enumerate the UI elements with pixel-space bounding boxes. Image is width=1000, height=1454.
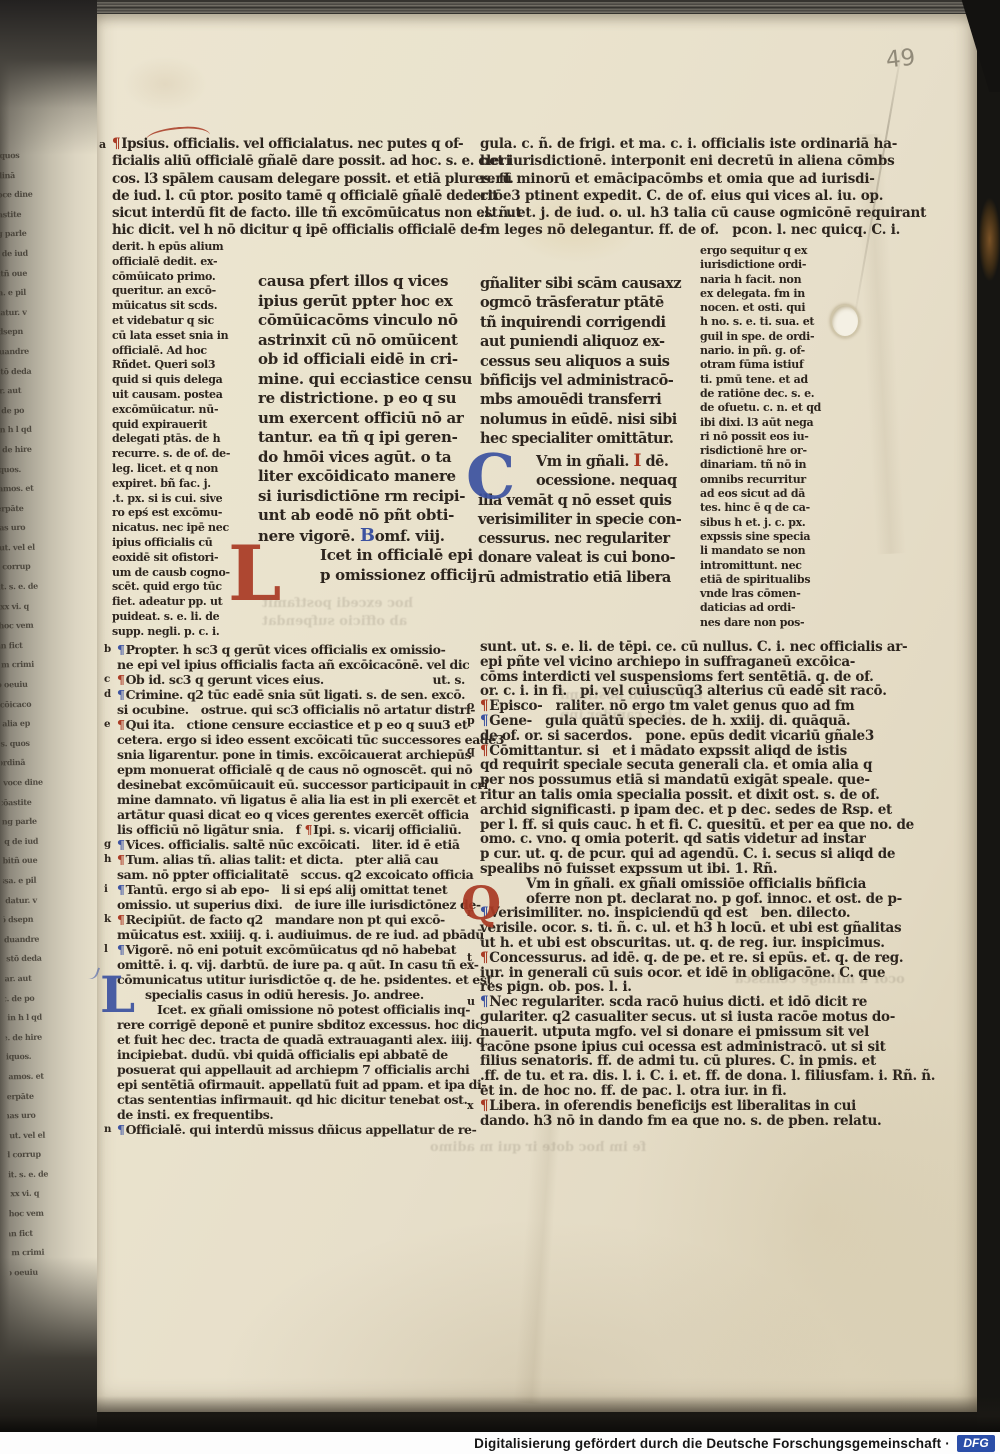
book-spine-gutter: s. quosordināvoce dinecōastiteng parleq … xyxy=(0,0,97,1432)
margin-letter: o xyxy=(467,699,474,714)
spine-text-fragment: erpāte xyxy=(0,502,39,522)
text-block-right-inset: gñaliter sibi scām causaxzogmcō trāsfera… xyxy=(480,274,675,449)
credit-text: Digitalisierung gefördert durch die Deut… xyxy=(474,1436,950,1451)
text-line: c¶Ob id. sc3 q gerunt vices eius.ut. s. xyxy=(117,672,465,687)
text-line: gñaliter sibi scām causaxz xyxy=(480,274,675,293)
margin-letter: l xyxy=(104,942,108,957)
text-line: etiā de spiritualibs xyxy=(700,573,810,587)
spine-text-fragment: ar. aut xyxy=(5,973,47,993)
text-line: et fuit hec dec. tracta de quadā extraua… xyxy=(117,1032,465,1047)
text-line: quid expirauerit xyxy=(112,418,218,433)
pilcrow-mark: ¶ xyxy=(480,713,488,729)
text-line: rerū minorū et emācipacōmbs et omia que … xyxy=(480,171,977,188)
spine-text: s. quosordināvoce dinecōastiteng parleq … xyxy=(0,150,52,1281)
text-line: fiet. adeatur pp. ut xyxy=(112,595,218,610)
spine-text-fragment: in h l qd xyxy=(0,424,39,444)
background-object xyxy=(977,192,1000,287)
initial-C-blue: C xyxy=(466,446,515,508)
text-line: cōmūicato primo. xyxy=(112,270,218,285)
spine-text-fragment: nas uro xyxy=(4,1110,46,1130)
initial-I-red: I xyxy=(633,451,641,471)
spine-text-fragment: xx vi. q xyxy=(0,600,42,620)
pilcrow-mark: ¶ xyxy=(117,942,125,957)
text-line: dando. h3 nō in dando fm ea que no. s. d… xyxy=(480,1114,977,1129)
text-line: officialē. Ad hoc xyxy=(112,344,218,359)
spine-text-fragment: iquos. xyxy=(6,1051,48,1071)
initial-Q-red: Q xyxy=(461,880,501,926)
margin-letter: n xyxy=(104,1122,111,1137)
spine-text-fragment: c. de po xyxy=(2,992,44,1012)
margin-letter: u xyxy=(467,995,475,1010)
text-line: ne epi vel ipius officialis facta añ exc… xyxy=(117,657,465,672)
spine-text-fragment: ō dsepn xyxy=(0,326,33,346)
text-line: epi sentētiā ofirmauit. appellatū fuit a… xyxy=(117,1077,465,1092)
spine-text-fragment: e. de hire xyxy=(0,444,35,464)
spine-text-fragment: erpāte xyxy=(7,1090,49,1110)
text-line: omo. c. vno. q omia poterit. qd satis vi… xyxy=(480,832,977,847)
text-line: scēt. quid ergo tūc xyxy=(112,580,218,595)
margin-letter: a xyxy=(99,136,106,153)
text-line: .ff. de tu. et ra. dis. l. i. C. i. et. … xyxy=(480,1069,977,1084)
spine-text-fragment: d corrup xyxy=(0,561,37,581)
spine-text-fragment: hoc vem xyxy=(9,1208,51,1228)
text-line: expiret. bñ fac. j. xyxy=(112,477,218,492)
spine-text-fragment: it. s. e. de xyxy=(8,1168,50,1188)
margin-letter: b xyxy=(104,642,111,657)
text-line: otram fūma istiuf xyxy=(700,358,810,372)
spine-text-fragment: voce dine xyxy=(0,189,35,209)
text-line: i¶Tantū. ergo si ab epo- li si epś alij … xyxy=(117,882,465,897)
text-line: omnibs recurritur xyxy=(700,473,810,487)
text-line: incipiebat. dudū. vbi quidā officialis e… xyxy=(117,1047,465,1062)
spine-text-fragment: ordinā xyxy=(0,757,40,777)
text-line: g¶Vices. officialis. saltē nūc excōicati… xyxy=(117,837,465,852)
digitization-credit-bar: Digitalisierung gefördert durch die Deut… xyxy=(0,1432,1000,1454)
pilcrow-mark: ¶ xyxy=(480,698,488,714)
text-line: cessus seu aliquos a suis xyxy=(480,352,675,371)
text-block-left-narrow: derit. h epūs aliumofficialē dedit. ex-c… xyxy=(112,240,218,640)
text-line: .t. px. si is cui. sive xyxy=(112,492,218,507)
text-line: hic dicit. vel h nō dicitur q ipē offici… xyxy=(112,222,464,239)
text-line: donare valeat is cui bono- xyxy=(478,548,678,567)
spine-text-fragment: e. de hire xyxy=(3,1031,45,1051)
text-line: iurisdictione ordi- xyxy=(700,258,810,272)
text-line: vnde lras cōmen- xyxy=(700,587,810,601)
spine-text-fragment: q de iud xyxy=(0,248,36,268)
text-line: leg. licet. et q non xyxy=(112,462,218,477)
spine-text-fragment: datur. v xyxy=(5,894,47,914)
text-line: .l. ñ. et. j. de iud. o. ul. h3 talia cū… xyxy=(480,205,977,222)
spine-text-fragment: ut. vel el xyxy=(0,541,41,561)
text-line: epi pñte vel vicino archiepo in suffraga… xyxy=(480,655,977,670)
text-line: Rñdet. Queri sol3 xyxy=(112,358,218,373)
text-line: ergo sequitur q ex xyxy=(700,244,810,258)
bleed-through-text: fe im hoc dote ir qui m adimo xyxy=(430,1140,646,1155)
text-line: gula. c. ñ. de frigi. et ma. c. i. offic… xyxy=(480,136,977,153)
text-line: b¶Propter. h sc3 q gerūt vices officiali… xyxy=(117,642,465,657)
text-line: cessurus. nec regulariter xyxy=(478,529,678,548)
text-line: tes. hinc ē q de ca- xyxy=(700,501,810,515)
text-line: nere vigorē. Bomf. viij. xyxy=(258,526,470,547)
text-line: naria h facit. non xyxy=(700,273,810,287)
margin-letter: h xyxy=(104,852,111,867)
pilcrow-mark: ¶ xyxy=(305,822,313,837)
text-line: de iud. l. cū ptor. posito tamē q offici… xyxy=(112,188,464,205)
text-line: dinariam. tñ nō in xyxy=(700,458,810,472)
text-line: bñficijs vel administracō- xyxy=(480,371,675,390)
margin-letter: g xyxy=(104,837,111,852)
text-line: de ratiōne dec. s. e. xyxy=(700,387,810,401)
spine-text-fragment: o oeuiu xyxy=(0,679,39,699)
margin-letter: t xyxy=(467,951,472,966)
text-block-left-top: a¶Ipsius. officialis. vel officialatus. … xyxy=(112,136,464,240)
text-line: Vm in gñali. ex gñali omissiōe officiali… xyxy=(480,877,977,892)
text-line: nolumus in eūdē. nisi sibi xyxy=(480,410,675,429)
spine-text-fragment: s. quos xyxy=(0,737,42,757)
text-line: ob id officiali eidē in cri- xyxy=(258,350,470,370)
text-line: et in. de hoc no. ff. de pac. l. otra iu… xyxy=(480,1084,977,1099)
text-line: sicut interdū fit de facto. ille tñ excō… xyxy=(112,205,464,222)
text-block-center-inset: causa pfert illos q vicesipius gerūt ppt… xyxy=(258,272,470,585)
spine-text-fragment: m crimi xyxy=(11,1247,52,1267)
text-line: liter excōidicato manere xyxy=(258,467,470,487)
text-line: p omissionez officij xyxy=(258,566,470,586)
spine-text-fragment: hoc vem xyxy=(0,620,41,640)
text-line: cōmūicacōms vinculo nō xyxy=(258,311,470,331)
text-line: ex delegata. fm in xyxy=(700,287,810,301)
text-line: intromittunt. nec xyxy=(700,559,810,573)
spine-text-fragment: an fict xyxy=(0,640,38,660)
text-line: recurre. s. de of. de- xyxy=(112,447,218,462)
text-line: rere corrigē deponē et punire sbditoz ex… xyxy=(117,1017,465,1032)
text-line: li mandato se non xyxy=(700,544,810,558)
pilcrow-mark: ¶ xyxy=(112,136,120,152)
spine-text-fragment: stō deda xyxy=(6,953,48,973)
text-line: puideat. s. e. li. de xyxy=(112,610,218,625)
text-line: qd requirit speciale secuta generali cla… xyxy=(480,758,977,773)
pilcrow-mark: ¶ xyxy=(117,1122,125,1137)
text-line: snia ligarentur. pone in timis. excōicau… xyxy=(117,747,465,762)
text-line: archid significasti. p ipam dec. et p de… xyxy=(480,803,977,818)
text-line: spealibs nō fuisset expssum ut ibi. 1. R… xyxy=(480,862,977,877)
text-line: ctōe3 ptinent expedit. C. de of. eius qu… xyxy=(480,188,977,205)
text-line: astrinxit cū nō omūicent xyxy=(258,331,470,351)
text-line: ti. pmū tene. et ad xyxy=(700,373,810,387)
spine-text-fragment: datur. v xyxy=(0,306,37,326)
spine-text-fragment: duandre xyxy=(4,933,46,953)
initial-L-blue: L xyxy=(100,970,135,1020)
text-line: ritur an talis omia specialia possit. et… xyxy=(480,788,977,803)
text-line: t¶Concessurus. ad idē. q. de pe. et re. … xyxy=(480,951,977,966)
text-line: ad eos sicut ad dā xyxy=(700,487,810,501)
text-line: tñ inquirendi corrigendi xyxy=(480,313,675,332)
text-line: cetera. ergo si ideo essent excōicati tū… xyxy=(117,732,465,747)
text-line: nocen. et osti. qui xyxy=(700,301,810,315)
text-line: x¶Libera. in oferendis beneficijs est li… xyxy=(480,1099,977,1114)
text-line: oferre non pt. declarat no. p gof. innoc… xyxy=(480,892,977,907)
text-line: rū admistratio etiā libera xyxy=(478,568,678,587)
text-line: nicatus. nec ipē nec xyxy=(112,521,218,536)
text-line: ficialis aliū officialē gñalē dare possi… xyxy=(112,153,464,170)
spine-text-fragment: in h l qd xyxy=(7,1012,49,1032)
text-line: nario. in pñ. g. of- xyxy=(700,344,810,358)
spine-text-fragment: cōicaco xyxy=(0,698,42,718)
pilcrow-mark: ¶ xyxy=(117,672,125,687)
text-line: artātur quasi dicat eo q vices gerentes … xyxy=(117,807,465,822)
text-line: omittē. i. q. vij. darbtū. de iure pa. q… xyxy=(117,957,465,972)
text-line: p cur. ut. q. de pcur. qui ad agendū. C.… xyxy=(480,847,977,862)
text-line: h no. s. e. ti. sua. et xyxy=(700,315,810,329)
text-line: si ocubine. ostrue. qui sc3 officialis n… xyxy=(117,702,465,717)
spine-text-fragment: d corrup xyxy=(5,1149,47,1169)
spine-text-fragment: it. s. e. de xyxy=(0,581,40,601)
text-line: u¶Nec regulariter. scda racō huius dicti… xyxy=(480,995,977,1010)
text-line: per nos possumus etiā si mandatū exigāt … xyxy=(480,773,977,788)
spine-text-fragment: ut. vel el xyxy=(9,1129,51,1149)
spine-text-fragment: ar. aut xyxy=(0,385,37,405)
spine-text-fragment: m crimi xyxy=(1,659,43,679)
text-line: bet iurisdictionē. interponit eni decret… xyxy=(480,153,977,170)
text-line: quid si quis delega xyxy=(112,373,218,388)
text-line: desinebat excōmūicauit eū. successor par… xyxy=(117,777,465,792)
text-line: tantur. ea tñ q ipi geren- xyxy=(258,428,470,448)
text-line: cōms interdicti vel suspensioms fert sen… xyxy=(480,670,977,685)
page-bottom-shadow xyxy=(0,1396,1000,1432)
pilcrow-mark: ¶ xyxy=(117,882,125,897)
spine-text-fragment: s. quos xyxy=(0,150,32,170)
text-line: ro epś est excōmu- xyxy=(112,506,218,521)
text-line: uit causam. postea xyxy=(112,388,218,403)
text-line: n¶Officialē. qui interdū missus dñicus a… xyxy=(117,1122,465,1137)
text-line: Icet. ex gñali omissione nō potest offic… xyxy=(117,1002,465,1017)
text-line: ipius gerūt ppter hoc ex xyxy=(258,292,470,312)
pilcrow-mark: ¶ xyxy=(117,642,125,657)
text-line: nes dare non pos- xyxy=(700,616,810,630)
spine-text-fragment: q de iud xyxy=(4,835,46,855)
text-line: sam. nō ppter officialitatē sccus. q2 ex… xyxy=(117,867,465,882)
text-line: gulariter. q2 casualiter secus. ut si iu… xyxy=(480,1010,977,1025)
text-line: um exercent officiū nō ar xyxy=(258,409,470,429)
text-block-right-gloss: sunt. ut. s. e. li. de tēpi. ce. cū null… xyxy=(480,640,977,1128)
pilcrow-mark: ¶ xyxy=(480,994,488,1010)
text-line: causa pfert illos q vices xyxy=(258,272,470,292)
text-line: specialis casus in odiū heresis. Jo. and… xyxy=(117,987,465,1002)
text-line: h¶Tum. alias tñ. alias talit: et dicta. … xyxy=(117,852,465,867)
text-line: Icet in officialē epi xyxy=(258,546,470,566)
text-line: epm monuerat officialē q de caus nō ogno… xyxy=(117,762,465,777)
text-line: cū lata esset snia in xyxy=(112,329,218,344)
text-line: ogmcō trāsferatur ptātē xyxy=(480,293,675,312)
text-block-right-margin: ergo sequitur q exiurisdictione ordi-nar… xyxy=(700,244,810,630)
text-line: um de causb cogno- xyxy=(112,566,218,581)
text-line: posuerat qui appellauit ad archiepm 7 of… xyxy=(117,1062,465,1077)
spine-text-fragment: iquos. xyxy=(0,463,38,483)
text-line: supp. negli. p. c. i. xyxy=(112,625,218,640)
spine-text-fragment: amos. et xyxy=(8,1070,50,1090)
margin-letter: p xyxy=(467,714,474,729)
spine-text-fragment: ō dsepn xyxy=(0,914,42,934)
text-line: p¶Gene- gula quātū species. de h. xxiij.… xyxy=(480,714,977,729)
text-line: ipius officialis cū xyxy=(112,536,218,551)
text-line: o¶Episco- raliter. nō ergo tm valet genu… xyxy=(480,699,977,714)
pilcrow-mark: ¶ xyxy=(117,912,125,927)
text-line: excōmūicatur. nū- xyxy=(112,403,218,418)
text-line: officialē dedit. ex- xyxy=(112,255,218,270)
text-block-right-top: gula. c. ñ. de frigi. et ma. c. i. offic… xyxy=(480,136,977,240)
spine-text-fragment: nas uro xyxy=(0,522,36,542)
pilcrow-mark: ¶ xyxy=(117,687,125,702)
wormhole xyxy=(830,304,860,338)
text-line: e¶Qui ita. ctione censure ecciastice et … xyxy=(117,717,465,732)
spine-text-fragment: ssa. e pil xyxy=(0,287,32,307)
text-line: cos. l3 spālem causam delegare possit. e… xyxy=(112,171,464,188)
text-line: q¶Cōmittantur. si et i mādato expssit al… xyxy=(480,744,977,759)
text-line: si iurisdictiōne rm recipi- xyxy=(258,487,470,507)
pilcrow-mark: ¶ xyxy=(480,950,488,966)
text-line: fm leges nō delegantur. ff. de of. pcon.… xyxy=(480,222,977,239)
text-line: ibi dixi. l3 aūt nega xyxy=(700,416,810,430)
text-line: l¶Vigorē. nō eni potuit excōmūicatus qd … xyxy=(117,942,465,957)
text-line: racōne psone ipius cui ocessa est admini… xyxy=(480,1040,977,1055)
text-line: daticias ad ordi- xyxy=(700,601,810,615)
text-line: re districtione. p eo q su xyxy=(258,389,470,409)
spine-text-fragment: voce dine xyxy=(3,777,45,797)
text-line: eoxidē sit ofistori- xyxy=(112,551,218,566)
text-line: sunt. ut. s. e. li. de tēpi. ce. cū null… xyxy=(480,640,977,655)
text-line: mūicatus est. xxiiij. q. i. audiuimus. d… xyxy=(117,927,465,942)
text-line: per l. ff. si quis cauc. h et fi. C. que… xyxy=(480,818,977,833)
spine-text-fragment: cōastite xyxy=(0,796,41,816)
spine-text-fragment: cōastite xyxy=(0,209,31,229)
text-line: delegati ptās. de h xyxy=(112,432,218,447)
spine-text-fragment: o oeuiu xyxy=(7,1266,49,1280)
text-line: ut h. et ubi est obscuritas. ut. q. de r… xyxy=(480,936,977,951)
text-line: ri nō possit eos iu- xyxy=(700,430,810,444)
text-line: lis officiū nō ligātur snia. f ¶Ipi. s. … xyxy=(117,822,465,837)
text-line: d¶Crimine. q2 tūc eadē snia sūt ligati. … xyxy=(117,687,465,702)
spine-text-fragment: stō deda xyxy=(0,365,38,385)
text-line: mūicatus sit scds. xyxy=(112,299,218,314)
spine-text-fragment: xx vi. q xyxy=(10,1188,52,1208)
spine-text-fragment: ssa. e pil xyxy=(0,875,42,895)
spine-text-fragment: an fict xyxy=(6,1227,48,1247)
text-line: verisile. ocor. s. ti. ñ. c. ul. et h3 h… xyxy=(480,921,977,936)
pilcrow-mark: ¶ xyxy=(117,852,125,867)
bleed-through-text: hec camder inp xyxy=(560,708,672,723)
pilcrow-mark: ¶ xyxy=(117,717,125,732)
margin-letter: e xyxy=(104,717,110,732)
spine-text-fragment: duandre xyxy=(0,346,36,366)
pilcrow-mark: ¶ xyxy=(117,837,125,852)
text-line: nauerit. utputa mgfo. vel si donare ei p… xyxy=(480,1025,977,1040)
bleed-through-text: ab officio sufpendat xyxy=(262,614,407,629)
spine-text-fragment: c. de po xyxy=(0,404,34,424)
text-line: de of. or. si sacerdos. pone. epūs dedit… xyxy=(480,729,977,744)
spine-text-fragment: bitñ oue xyxy=(2,855,44,875)
text-line: et videbatur q sic xyxy=(112,314,218,329)
margin-letter: i xyxy=(104,882,108,897)
text-line: or. c. i. in fi. pi. vel cuiuscūq3 alter… xyxy=(480,684,977,699)
text-line: ctas sententias infirmauit. qd hic dicit… xyxy=(117,1092,465,1107)
text-line: unt ab eodē nō pñt obti- xyxy=(258,506,470,526)
initial-B-blue: B xyxy=(360,525,375,546)
spine-text-fragment: alia ep xyxy=(2,718,44,738)
text-line: k¶Recipiūt. de facto q2 mandare non pt q… xyxy=(117,912,465,927)
text-line: cōmunicatus utitur iurisdictōe q. de he.… xyxy=(117,972,465,987)
pilcrow-mark: ¶ xyxy=(480,743,488,759)
text-line: guil in spe. de ordi- xyxy=(700,330,810,344)
text-line: queritur. an excō- xyxy=(112,284,218,299)
dfg-logo: DFG xyxy=(957,1435,995,1452)
spine-text-fragment: ng parle xyxy=(0,228,34,248)
text-line: derit. h epūs alium xyxy=(112,240,218,255)
text-line: omissio. ut superius dixi. de iure ille … xyxy=(117,897,465,912)
text-line: risdictionē hre or- xyxy=(700,444,810,458)
pilcrow-mark: ¶ xyxy=(480,1098,488,1114)
margin-letter: c xyxy=(104,672,110,687)
spine-text-fragment: ordinā xyxy=(0,169,30,189)
text-block-left-gloss: b¶Propter. h sc3 q gerūt vices officiali… xyxy=(117,642,465,1137)
scan-background-right xyxy=(977,0,1000,1432)
margin-letter: x xyxy=(467,1099,473,1114)
text-line: filius senatoris. ff. de admi tu. cū plu… xyxy=(480,1054,977,1069)
text-line: aut puniendi aliquoz ex- xyxy=(480,332,675,351)
spine-text-fragment: bitñ oue xyxy=(0,267,35,287)
spine-text-fragment: ng parle xyxy=(2,816,44,836)
spine-text-fragment: amos. et xyxy=(0,483,40,503)
text-line: r¶Verisimiliter. no. inspiciendū qd est … xyxy=(480,906,977,921)
bleed-through-text: ocor a millage comssca xyxy=(735,972,905,987)
text-line: sibus h et. j. c. px. xyxy=(700,516,810,530)
text-line: expssis sine specia xyxy=(700,530,810,544)
margin-letter: q xyxy=(467,744,474,759)
margin-letter: d xyxy=(104,687,111,702)
text-line: de insti. ex frequentibs. xyxy=(117,1107,465,1122)
bleed-through-text: fiat excedi postfami xyxy=(560,688,703,703)
scan-canvas: s. quosordināvoce dinecōastiteng parleq … xyxy=(0,0,1000,1454)
bleed-through-text: hoc excedi postfamit xyxy=(262,596,413,611)
text-line: de ofuetu. c. n. et qd xyxy=(700,401,810,415)
margin-letter: k xyxy=(104,912,111,927)
text-line: do hmōi vices agūt. o ta xyxy=(258,448,470,468)
text-line: mbs amouēdi transferri xyxy=(480,390,675,409)
text-line: mine. qui ecciastice censu xyxy=(258,370,470,390)
text-line: mine damnato. vñ ligatus ē alia lia est … xyxy=(117,792,465,807)
